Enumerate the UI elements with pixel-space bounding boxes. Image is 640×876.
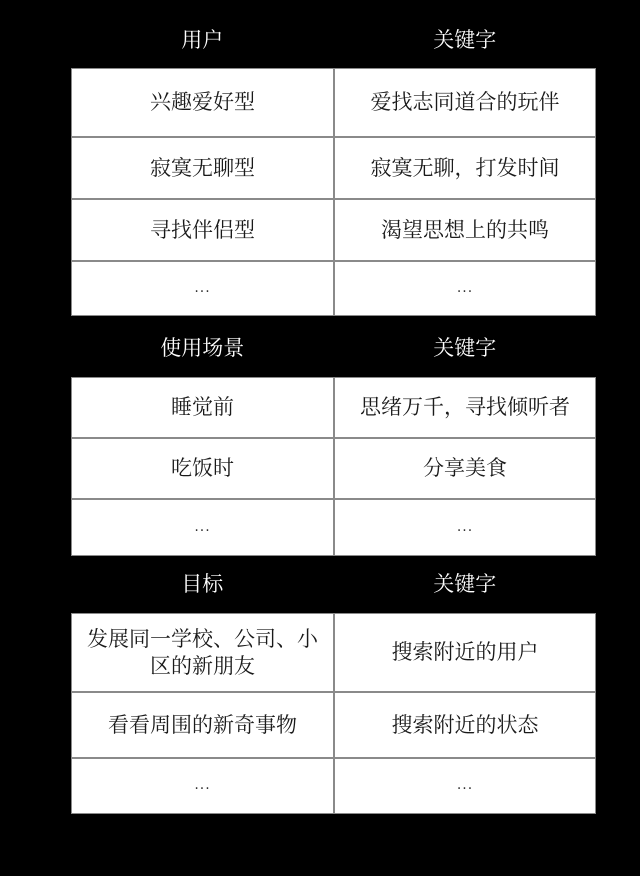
users-table: 兴趣爱好型 爱找志同道合的玩伴 寂寞无聊型 寂寞无聊，打发时间 寻找伴侣型 渴望… — [71, 68, 596, 316]
table-cell-ellipsis: ... — [72, 262, 335, 315]
table-row: 睡觉前 思绪万千，寻找倾听者 — [72, 378, 595, 437]
table-cell-user-type: 寻找伴侣型 — [72, 200, 335, 260]
section-header: 使用场景 关键字 — [71, 338, 596, 359]
section-header: 用户 关键字 — [71, 30, 596, 51]
table-cell-goal: 发展同一学校、公司、小区的新朋友 — [72, 614, 335, 691]
table-cell-ellipsis: ... — [335, 759, 595, 813]
table-row: ... ... — [72, 498, 595, 555]
table-cell-keyword: 分享美食 — [335, 439, 595, 498]
table-cell-keyword: 寂寞无聊，打发时间 — [335, 138, 595, 198]
header-keywords: 关键字 — [334, 30, 597, 51]
header-goals: 目标 — [71, 574, 334, 595]
header-keywords: 关键字 — [334, 574, 597, 595]
section-header: 目标 关键字 — [71, 574, 596, 595]
table-row: 寂寞无聊型 寂寞无聊，打发时间 — [72, 136, 595, 198]
table-cell-ellipsis: ... — [72, 500, 335, 555]
header-keywords: 关键字 — [334, 338, 597, 359]
table-row: 看看周围的新奇事物 搜索附近的状态 — [72, 691, 595, 757]
table-cell-keyword: 爱找志同道合的玩伴 — [335, 69, 595, 136]
header-scenarios: 使用场景 — [71, 338, 334, 359]
table-cell-keyword: 思绪万千，寻找倾听者 — [335, 378, 595, 437]
table-cell-goal: 看看周围的新奇事物 — [72, 693, 335, 757]
table-cell-scenario: 吃饭时 — [72, 439, 335, 498]
table-cell-keyword: 搜索附近的用户 — [335, 614, 595, 691]
table-cell-ellipsis: ... — [72, 759, 335, 813]
table-cell-scenario: 睡觉前 — [72, 378, 335, 437]
table-cell-ellipsis: ... — [335, 262, 595, 315]
table-cell-user-type: 兴趣爱好型 — [72, 69, 335, 136]
table-cell-keyword: 渴望思想上的共鸣 — [335, 200, 595, 260]
table-row: 发展同一学校、公司、小区的新朋友 搜索附近的用户 — [72, 614, 595, 691]
goals-table: 发展同一学校、公司、小区的新朋友 搜索附近的用户 看看周围的新奇事物 搜索附近的… — [71, 613, 596, 814]
table-cell-user-type: 寂寞无聊型 — [72, 138, 335, 198]
header-users: 用户 — [71, 30, 334, 51]
table-cell-keyword: 搜索附近的状态 — [335, 693, 595, 757]
table-row: 寻找伴侣型 渴望思想上的共鸣 — [72, 198, 595, 260]
table-row: ... ... — [72, 757, 595, 813]
table-row: ... ... — [72, 260, 595, 315]
table-cell-ellipsis: ... — [335, 500, 595, 555]
scenarios-table: 睡觉前 思绪万千，寻找倾听者 吃饭时 分享美食 ... ... — [71, 377, 596, 556]
table-row: 吃饭时 分享美食 — [72, 437, 595, 498]
table-row: 兴趣爱好型 爱找志同道合的玩伴 — [72, 69, 595, 136]
